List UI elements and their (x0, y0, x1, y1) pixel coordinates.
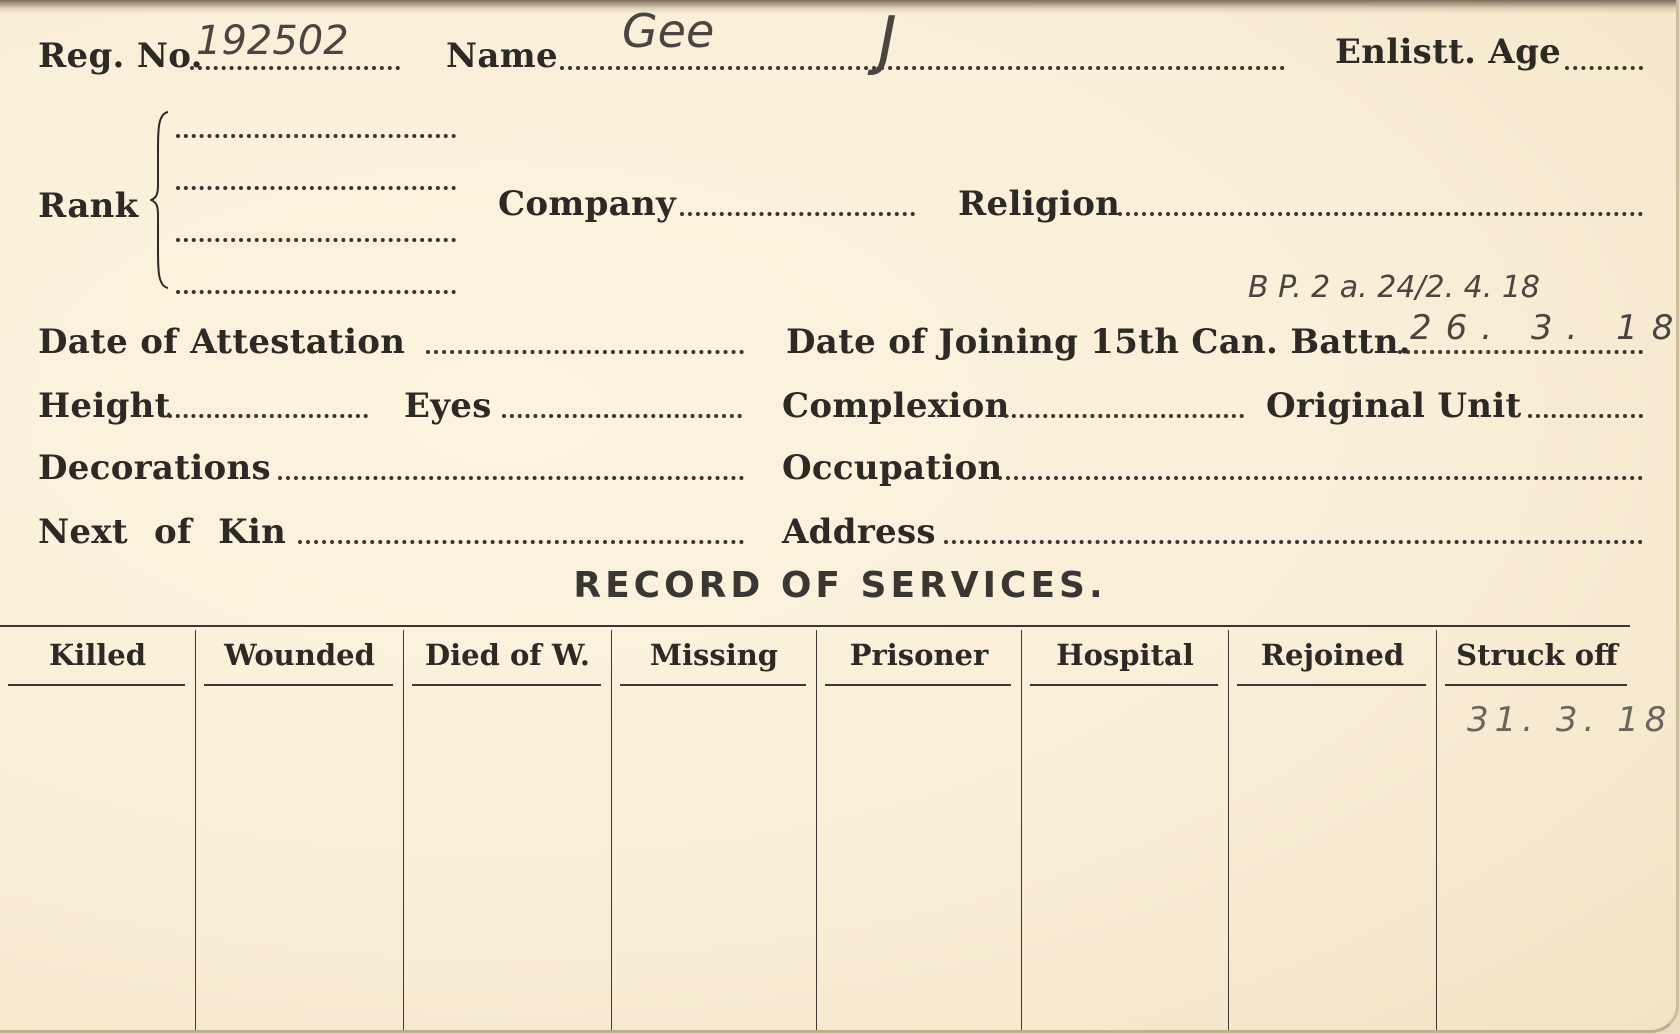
column-header-rule (8, 684, 185, 686)
service-record-card: Reg. No. 192502 Name Gee J Enlistt. Age … (0, 0, 1679, 1033)
column-header: Killed (0, 638, 195, 672)
name-dotted-line (560, 66, 1285, 70)
address-dotted-line (944, 540, 1643, 544)
column-header: Rejoined (1229, 638, 1436, 672)
record-column-killed: Killed (0, 630, 196, 1030)
height-dotted-line (168, 414, 368, 418)
record-column-died-of-wounds: Died of W. (404, 630, 612, 1030)
occupation-dotted-line (998, 476, 1643, 480)
record-table-top-rule (0, 625, 1630, 627)
record-of-services-title: RECORD OF SERVICES. (0, 565, 1679, 606)
decorations-label: Decorations (38, 448, 271, 488)
date-of-joining-dotted-line (1398, 350, 1643, 354)
next-of-kin-label: Next of Kin (38, 512, 286, 552)
original-unit-dotted-line (1528, 414, 1643, 418)
date-of-joining-value: 26. 3. 18 (1410, 308, 1679, 348)
card-top-edge-stain (0, 0, 1679, 14)
column-header: Missing (612, 638, 816, 672)
name-surname-value: Gee (622, 4, 714, 58)
enlist-age-dotted-line (1565, 66, 1643, 70)
company-label: Company (498, 184, 676, 224)
rank-line-1 (176, 134, 456, 138)
religion-label: Religion (958, 184, 1120, 224)
rank-line-3 (176, 238, 456, 242)
record-column-missing: Missing (612, 630, 817, 1030)
record-column-hospital: Hospital (1022, 630, 1229, 1030)
complexion-label: Complexion (782, 386, 1010, 426)
original-unit-label: Original Unit (1266, 386, 1522, 426)
rank-brace-icon (150, 110, 170, 290)
column-header-rule (412, 684, 601, 686)
name-initial-value: J (878, 4, 897, 78)
rank-line-2 (176, 186, 456, 190)
record-column-wounded: Wounded (196, 630, 404, 1030)
height-label: Height (38, 386, 171, 426)
next-of-kin-dotted-line (298, 540, 744, 544)
joining-annotation: B P. 2 a. 24/2. 4. 18 (1248, 270, 1540, 305)
reg-no-label: Reg. No. (38, 36, 203, 76)
company-dotted-line (680, 212, 915, 216)
religion-dotted-line (1118, 212, 1643, 216)
column-header-rule (1445, 684, 1627, 686)
column-header-rule (1237, 684, 1426, 686)
eyes-dotted-line (502, 414, 742, 418)
column-header: Hospital (1022, 638, 1228, 672)
column-header-rule (204, 684, 393, 686)
rank-label: Rank (38, 186, 139, 226)
column-header: Struck off (1437, 638, 1637, 672)
column-header-rule (620, 684, 806, 686)
occupation-label: Occupation (782, 448, 1003, 488)
enlist-age-label: Enlistt. Age (1335, 32, 1561, 72)
rank-line-4 (176, 290, 456, 294)
address-label: Address (782, 512, 936, 552)
record-column-prisoner: Prisoner (817, 630, 1022, 1030)
record-column-rejoined: Rejoined (1229, 630, 1437, 1030)
column-header: Prisoner (817, 638, 1021, 672)
record-column-struck-off: Struck off 31. 3. 18 (1437, 630, 1637, 1030)
reg-no-dotted-line (190, 66, 400, 70)
reg-no-value: 192502 (196, 18, 349, 64)
column-header: Wounded (196, 638, 403, 672)
name-label: Name (446, 36, 558, 76)
eyes-label: Eyes (404, 386, 492, 426)
complexion-dotted-line (1004, 414, 1244, 418)
date-of-attestation-label: Date of Attestation (38, 322, 405, 362)
column-header: Died of W. (404, 638, 611, 672)
date-of-attestation-dotted-line (426, 350, 744, 354)
column-header-rule (1030, 684, 1218, 686)
date-of-joining-label: Date of Joining 15th Can. Battn. (786, 322, 1411, 362)
column-header-rule (825, 684, 1011, 686)
decorations-dotted-line (278, 476, 744, 480)
struck-off-date-value: 31. 3. 18 (1467, 700, 1672, 740)
